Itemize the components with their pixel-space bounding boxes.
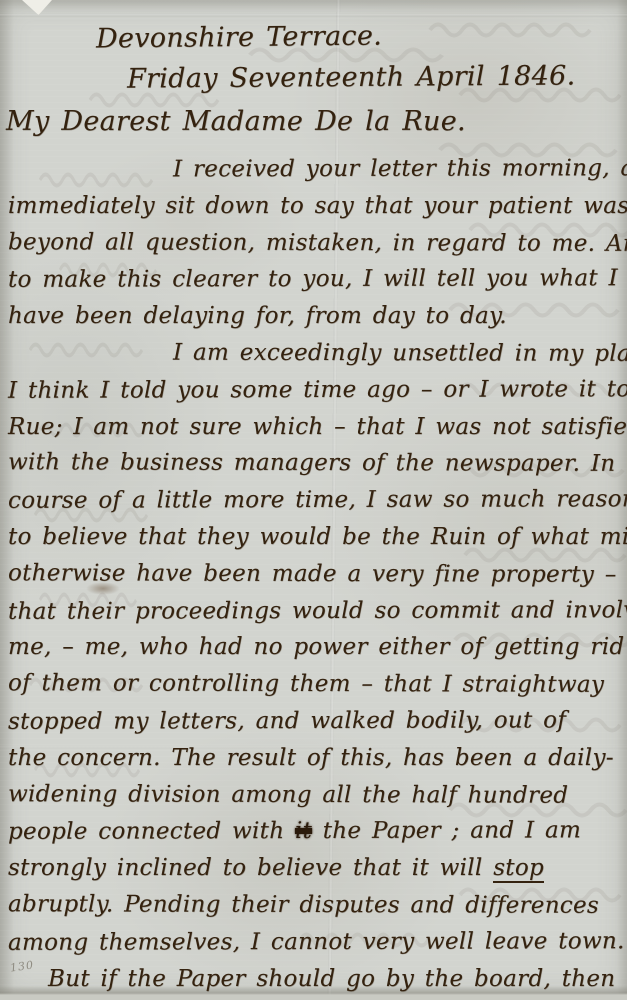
manuscript-line: Rue; I am not sure which – that I was no… <box>8 409 620 446</box>
text-run: course of a little more time, I saw so m… <box>8 486 627 514</box>
manuscript-line: the concern. The result of this, has bee… <box>8 740 620 777</box>
manuscript-line: that their proceedings would so commit a… <box>8 592 620 630</box>
manuscript-line: beyond all question, mistaken, in regard… <box>8 224 620 262</box>
manuscript-line: course of a little more time, I saw so m… <box>8 481 620 519</box>
text-run: that their proceedings would so commit a… <box>8 597 627 625</box>
manuscript-line: of them or controlling them – that I str… <box>8 665 620 703</box>
text-run: me, – me, who had no power either of get… <box>8 634 624 660</box>
text-run: But if the Paper should go by the board,… <box>48 966 615 992</box>
paper-tear-notch <box>22 0 52 15</box>
manuscript-line: to believe that they would be the Ruin o… <box>8 519 620 556</box>
underlined-word: stop <box>493 855 544 883</box>
text-run: to make this clearer to you, I will tell… <box>8 266 618 294</box>
text-run: the concern. The result of this, has bee… <box>8 745 614 771</box>
text-run: immediately sit down to say that your pa… <box>8 193 627 219</box>
horizontal-fold-crease-top <box>0 14 627 17</box>
manuscript-line: I am exceedingly unsettled in my plans. <box>8 334 620 372</box>
manuscript-line: to make this clearer to you, I will tell… <box>8 261 620 299</box>
text-run: the Paper ; and I am <box>312 818 581 845</box>
text-run: have been delaying for, from day to day. <box>8 303 507 329</box>
text-run: widening division among all the half hun… <box>8 781 568 808</box>
text-run: with the business managers of the newspa… <box>8 450 627 478</box>
text-run: beyond all question, mistaken, in regard… <box>8 229 627 257</box>
manuscript-line: I received your letter this morning, and <box>8 150 620 188</box>
manuscript-line: But if the Paper should go by the board,… <box>8 961 620 998</box>
manuscript-line: among themselves, I cannot very well lea… <box>8 923 620 961</box>
letter-page: Devonshire Terrace. Friday Seventeenth A… <box>0 0 627 1000</box>
text-run: among themselves, I cannot very well lea… <box>8 928 625 956</box>
text-run: people connected with <box>8 818 295 845</box>
text-run: to believe that they would be the Ruin o… <box>8 524 627 550</box>
manuscript-line: people connected with it the Paper ; and… <box>8 813 620 851</box>
text-run: stopped my letters, and walked bodily, o… <box>8 707 566 734</box>
letter-salutation: My Dearest Madame De la Rue. <box>6 106 466 137</box>
letter-date: Friday Seventeenth April 1846. <box>127 60 576 94</box>
text-run: strongly inclined to believe that it wil… <box>8 855 493 881</box>
text-run: I received your letter this morning, and <box>173 155 627 182</box>
text-run: of them or controlling them – that I str… <box>8 670 604 698</box>
manuscript-line: I think I told you some time ago – or I … <box>8 371 620 409</box>
manuscript-line: stopped my letters, and walked bodily, o… <box>8 702 620 740</box>
manuscript-line: abruptly. Pending their disputes and dif… <box>8 886 620 924</box>
manuscript-line: have been delaying for, from day to day. <box>8 298 620 335</box>
text-run: abruptly. Pending their disputes and dif… <box>8 891 599 919</box>
letter-address: Devonshire Terrace. <box>96 21 382 55</box>
letter-body: I received your letter this morning, and… <box>8 151 620 997</box>
manuscript-line: widening division among all the half hun… <box>8 776 620 814</box>
manuscript-line: me, – me, who had no power either of get… <box>8 629 620 666</box>
manuscript-line: strongly inclined to believe that it wil… <box>8 850 620 887</box>
text-run: I think I told you some time ago – or I … <box>8 376 627 404</box>
struck-out-word: it <box>295 818 312 844</box>
text-run: otherwise have been made a very fine pro… <box>8 560 627 588</box>
text-run: Rue; I am not sure which – that I was no… <box>8 414 627 440</box>
manuscript-line: otherwise have been made a very fine pro… <box>8 555 620 593</box>
manuscript-line: with the business managers of the newspa… <box>8 445 620 483</box>
manuscript-line: immediately sit down to say that your pa… <box>8 188 620 225</box>
text-run: I am exceedingly unsettled in my plans. <box>173 340 627 367</box>
